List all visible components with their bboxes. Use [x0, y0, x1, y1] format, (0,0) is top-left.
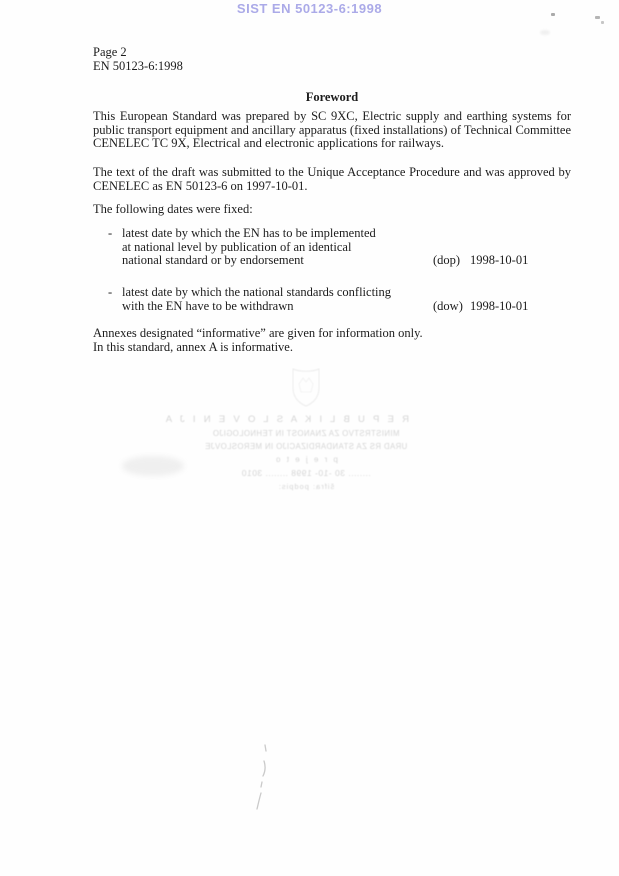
- scan-smudge: [540, 30, 550, 35]
- foreword-paragraph-1: This European Standard was prepared by S…: [93, 110, 571, 151]
- standard-number: EN 50123-6:1998: [93, 60, 183, 74]
- scan-smudge: [122, 456, 184, 476]
- scanned-standard-page: SIST EN 50123-6:1998 Page 2 EN 50123-6:1…: [0, 0, 619, 876]
- dow-date: 1998-10-01: [470, 300, 528, 314]
- dop-code: (dop): [433, 254, 460, 268]
- annex-note-line: Annexes designated “informative” are giv…: [93, 327, 423, 341]
- document-identification: Page 2 EN 50123-6:1998: [93, 46, 183, 73]
- annex-note: Annexes designated “informative” are giv…: [93, 327, 423, 354]
- date-item-line: latest date by which the EN has to be im…: [122, 227, 573, 241]
- mirrored-ink-stamp: R E P U B L I K A S L O V E N I J A MINI…: [203, 366, 409, 491]
- scan-speck: [595, 16, 600, 19]
- date-item-dow: - latest date by which the national stan…: [108, 286, 573, 313]
- foreword-paragraph-2: The text of the draft was submitted to t…: [93, 166, 571, 193]
- sist-watermark: SIST EN 50123-6:1998: [0, 1, 619, 16]
- stamp-line: šifra: podpis:: [203, 482, 409, 491]
- scan-speck: [551, 13, 555, 16]
- stamp-line: ........ 30 -10- 1998 ........ 3010: [203, 468, 409, 478]
- foreword-heading: Foreword: [93, 90, 571, 105]
- list-dash: -: [108, 227, 112, 241]
- dop-date: 1998-10-01: [470, 254, 528, 268]
- annex-note-line: In this standard, annex A is informative…: [93, 341, 423, 355]
- stamp-line: URAD RS ZA STANDARDIZACIJO IN MEROSLOVJE: [203, 442, 409, 451]
- dates-intro-line: The following dates were fixed:: [93, 202, 253, 217]
- pen-mark: [252, 740, 276, 812]
- dow-code: (dow): [433, 300, 463, 314]
- stamp-line: R E P U B L I K A S L O V E N I J A: [203, 414, 409, 425]
- date-item-line: at national level by publication of an i…: [122, 241, 573, 255]
- stamp-crest-icon: [287, 366, 325, 408]
- stamp-line: MINISTRSTVO ZA ZNANOST IN TEHNOLOGIJO: [203, 429, 409, 438]
- date-item-dop: - latest date by which the EN has to be …: [108, 227, 573, 268]
- scan-speck: [601, 21, 604, 24]
- list-dash: -: [108, 286, 112, 300]
- stamp-line: p r e j e t o: [203, 455, 409, 464]
- date-item-line: latest date by which the national standa…: [122, 286, 573, 300]
- page-number: Page 2: [93, 46, 183, 60]
